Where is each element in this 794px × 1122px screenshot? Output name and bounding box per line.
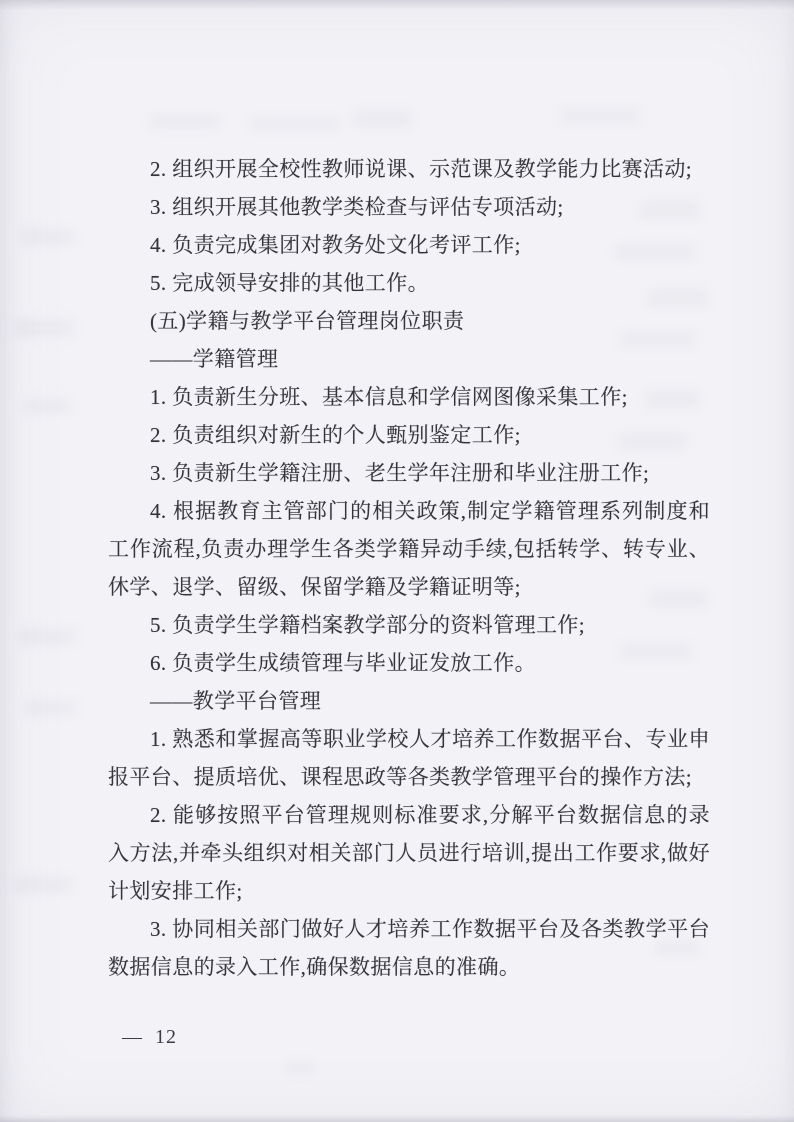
- doc-paragraph: 1. 熟悉和掌握高等职业学校人才培养工作数据平台、专业申报平台、提质培优、课程思…: [108, 720, 710, 796]
- bleed-through-mark: [560, 108, 640, 124]
- subsection-heading: ——教学平台管理: [108, 682, 710, 720]
- bleed-through-mark: [14, 318, 74, 338]
- bleed-through-mark: [24, 700, 76, 716]
- bleed-through-mark: [20, 228, 75, 246]
- scan-top-edge: [0, 0, 794, 10]
- bleed-through-mark: [150, 113, 220, 129]
- doc-paragraph: 1. 负责新生分班、基本信息和学信网图像采集工作;: [108, 378, 710, 416]
- subsection-heading: ——学籍管理: [108, 340, 710, 378]
- bleed-through-mark: [24, 398, 72, 414]
- doc-paragraph: 3. 组织开展其他教学类检查与评估专项活动;: [108, 188, 710, 226]
- scan-bottom-edge: [0, 1115, 794, 1122]
- bleed-through-mark: [18, 628, 76, 646]
- doc-paragraph: 3. 负责新生学籍注册、老生学年注册和毕业注册工作;: [108, 454, 710, 492]
- doc-paragraph: 4. 根据教育主管部门的相关政策,制定学籍管理系列制度和工作流程,负责办理学生各…: [108, 492, 710, 606]
- section-heading: (五)学籍与教学平台管理岗位职责: [108, 302, 710, 340]
- bleed-through-mark: [352, 110, 412, 128]
- doc-paragraph: 4. 负责完成集团对教务处文化考评工作;: [108, 226, 710, 264]
- page-number: — 12: [122, 1026, 177, 1049]
- bleed-through-mark: [285, 1062, 315, 1074]
- doc-paragraph: 5. 完成领导安排的其他工作。: [108, 264, 710, 302]
- bleed-through-mark: [14, 876, 72, 894]
- doc-paragraph: 6. 负责学生成绩管理与毕业证发放工作。: [108, 644, 710, 682]
- scanned-document-page: 2. 组织开展全校性教师说课、示范课及教学能力比赛活动; 3. 组织开展其他教学…: [0, 0, 794, 1122]
- doc-paragraph: 3. 协同相关部门做好人才培养工作数据平台及各类教学平台数据信息的录入工作,确保…: [108, 910, 710, 986]
- doc-paragraph: 2. 组织开展全校性教师说课、示范课及教学能力比赛活动;: [108, 150, 710, 188]
- bleed-through-mark: [250, 117, 340, 131]
- document-body: 2. 组织开展全校性教师说课、示范课及教学能力比赛活动; 3. 组织开展其他教学…: [108, 150, 710, 986]
- doc-paragraph: 2. 能够按照平台管理规则标准要求,分解平台数据信息的录入方法,并牵头组织对相关…: [108, 796, 710, 910]
- doc-paragraph: 5. 负责学生学籍档案教学部分的资料管理工作;: [108, 606, 710, 644]
- doc-paragraph: 2. 负责组织对新生的个人甄别鉴定工作;: [108, 416, 710, 454]
